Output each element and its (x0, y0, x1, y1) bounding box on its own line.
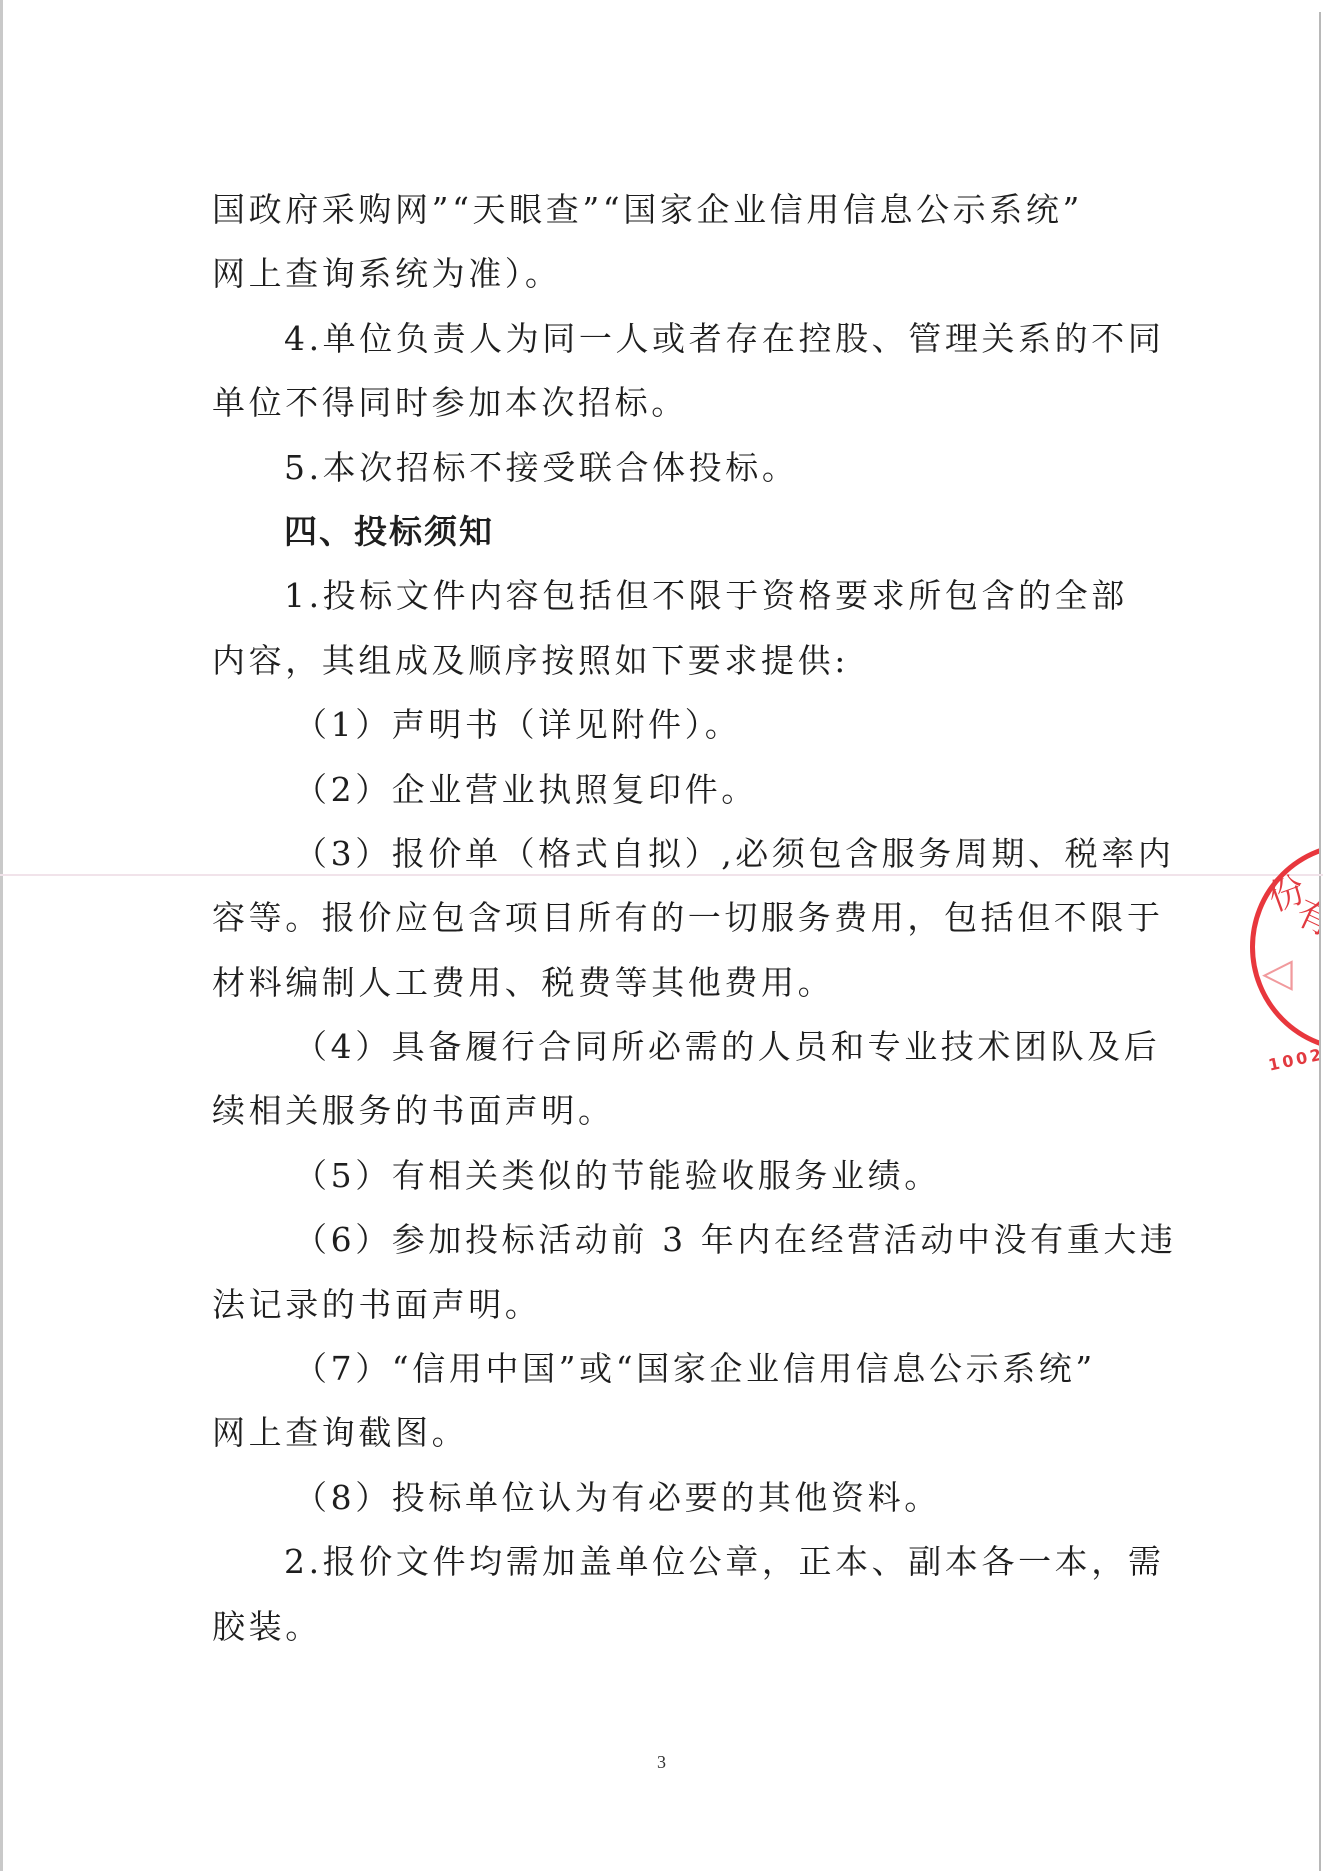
stamp-digits: 1002 (1267, 1044, 1319, 1074)
text-line: 胶装。 (212, 1595, 1142, 1659)
text-line: 内容，其组成及顺序按照如下要求提供: (212, 629, 1142, 693)
section-heading: 四、投标须知 (212, 500, 1142, 564)
paragraph-item-1: 1.投标文件内容包括但不限于资格要求所包含的全部 (212, 564, 1142, 628)
scan-right-edge (1319, 12, 1321, 1871)
list-item-5: （5）有相关类似的节能验收服务业绩。 (212, 1144, 1142, 1208)
list-item-7: （7）“信用中国”或“国家企业信用信息公示系统” (212, 1337, 1142, 1401)
list-item-3: （3）报价单（格式自拟）,必须包含服务周期、税率内 (212, 822, 1142, 886)
stamp-char: 份 (1260, 861, 1311, 921)
list-item-1: （1）声明书（详见附件）。 (212, 693, 1142, 757)
text-line: 国政府采购网”“天眼查”“国家企业信用信息公示系统” (212, 178, 1142, 242)
stamp-star-icon: ◁ (1262, 950, 1293, 996)
page-number: 3 (0, 1752, 1323, 1773)
list-item-2: （2）企业营业执照复印件。 (212, 758, 1142, 822)
text-line: 续相关服务的书面声明。 (212, 1079, 1142, 1143)
paragraph-item-5: 5.本次招标不接受联合体投标。 (212, 436, 1142, 500)
document-body: 国政府采购网”“天眼查”“国家企业信用信息公示系统” 网上查询系统为准）。 4.… (212, 178, 1142, 1659)
text-line: 法记录的书面声明。 (212, 1273, 1142, 1337)
list-item-4: （4）具备履行合同所必需的人员和专业技术团队及后 (212, 1015, 1142, 1079)
text-line: 网上查询截图。 (212, 1401, 1142, 1465)
paragraph-item-4: 4.单位负责人为同一人或者存在控股、管理关系的不同 (212, 307, 1142, 371)
list-item-8: （8）投标单位认为有必要的其他资料。 (212, 1466, 1142, 1530)
text-line: 网上查询系统为准）。 (212, 242, 1142, 306)
list-item-6: （6）参加投标活动前 3 年内在经营活动中没有重大违 (212, 1208, 1142, 1272)
text-line: 单位不得同时参加本次招标。 (212, 371, 1142, 435)
paragraph-item-2: 2.报价文件均需加盖单位公章，正本、副本各一本，需 (212, 1530, 1142, 1594)
text-line: 材料编制人工费用、税费等其他费用。 (212, 951, 1142, 1015)
text-line: 容等。报价应包含项目所有的一切服务费用，包括但不限于 (212, 886, 1142, 950)
stamp-char: 有 (1289, 885, 1319, 946)
scan-left-edge (0, 0, 3, 1871)
